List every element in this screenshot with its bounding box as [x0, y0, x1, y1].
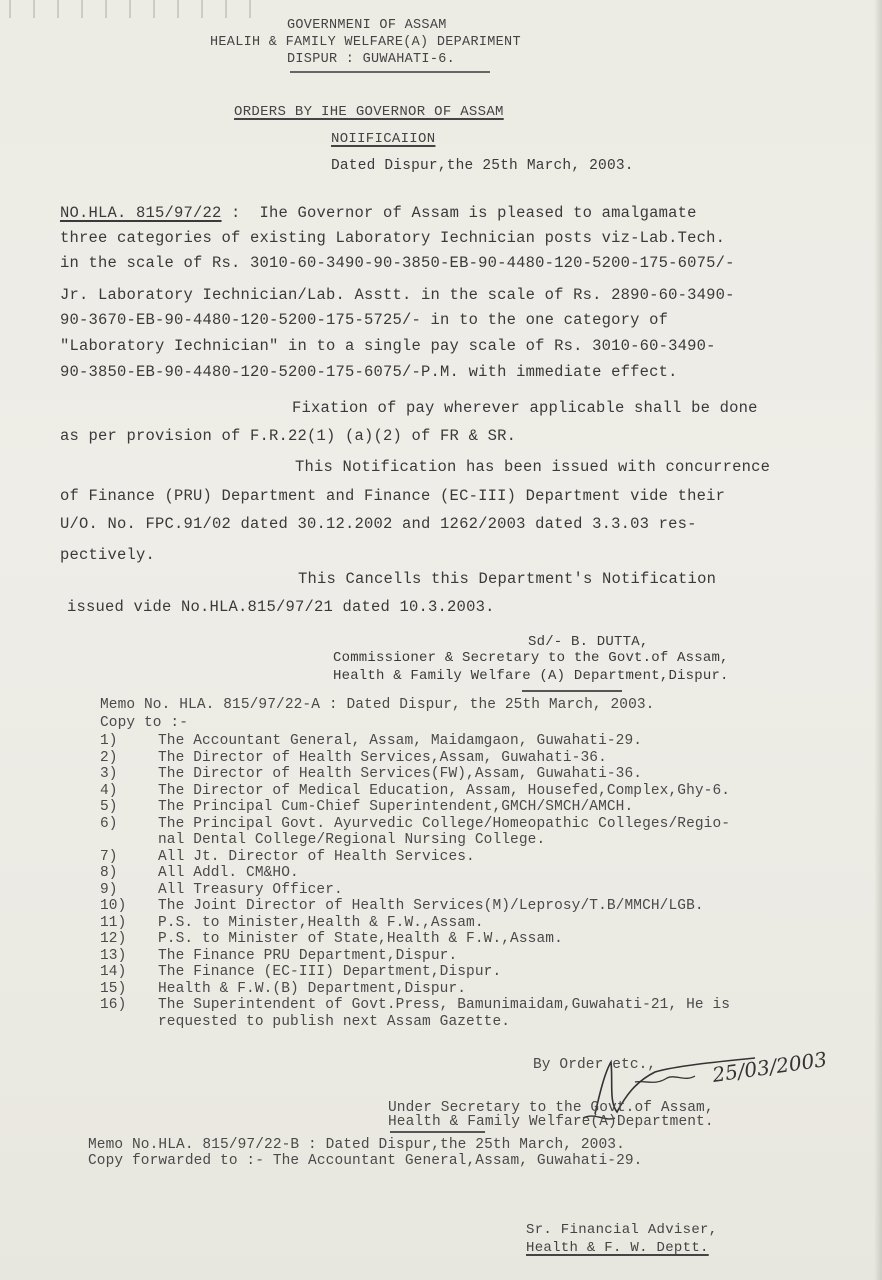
footer-signatory-line-1: Sr. Financial Adviser, [526, 1222, 717, 1238]
recipient-text: The Finance PRU Department,Dispur. [158, 948, 457, 964]
notification-first-line: NO.HLA. 815/97/22 : Ihe Governor of Assa… [60, 204, 697, 222]
header-line-3: DISPUR : GUWAHATI-6. [287, 52, 455, 67]
recipient-number: 1) [100, 733, 158, 750]
recipient-text: All Treasury Officer. [158, 882, 343, 898]
concurrence-para-line: of Finance (PRU) Department and Finance … [60, 487, 725, 505]
recipient-text: P.S. to Minister of State,Health & F.W.,… [158, 931, 563, 947]
recipient-text: The Director of Medical Education, Assam… [158, 783, 730, 799]
under-secretary-rule [390, 1131, 485, 1133]
recipient-item: 4)The Director of Medical Education, Ass… [100, 783, 730, 800]
recipient-item: 6)The Principal Govt. Ayurvedic College/… [100, 816, 730, 833]
recipient-item: 13)The Finance PRU Department,Dispur. [100, 948, 730, 965]
recipient-text: requested to publish next Assam Gazette. [158, 1014, 510, 1030]
recipient-item: 10)The Joint Director of Health Services… [100, 898, 730, 915]
recipient-text: All Jt. Director of Health Services. [158, 849, 475, 865]
memo-b-line-1: Memo No.HLA. 815/97/22-B : Dated Dispur,… [88, 1137, 625, 1153]
fixation-para-line: as per provision of F.R.22(1) (a)(2) of … [60, 427, 516, 445]
page-edge [874, 0, 882, 1280]
recipient-text: P.S. to Minister,Health & F.W.,Assam. [158, 915, 484, 931]
recipient-number: 3) [100, 766, 158, 783]
notification-line: in the scale of Rs. 3010-60-3490-90-3850… [60, 254, 735, 272]
copy-to-label: Copy to :- [100, 715, 188, 731]
notification-date: Dated Dispur,the 25th March, 2003. [331, 158, 634, 174]
notification-line: "Laboratory Iechnician" in to a single p… [60, 337, 716, 355]
memo-b-line-2: Copy forwarded to :- The Accountant Gene… [88, 1153, 643, 1169]
document-page: GOVERNMENI OF ASSAM HEALIH & FAMILY WELF… [0, 0, 882, 1280]
recipient-text: The Director of Health Services(FW),Assa… [158, 766, 642, 782]
recipient-item: 5)The Principal Cum-Chief Superintendent… [100, 799, 730, 816]
signatory-title-2: Health & Family Welfare (A) Department,D… [333, 668, 729, 684]
recipient-text: nal Dental College/Regional Nursing Coll… [158, 832, 545, 848]
recipient-item: 12)P.S. to Minister of State,Health & F.… [100, 931, 730, 948]
notification-title: NOIIFICAIION [331, 131, 435, 147]
recipient-number: 15) [100, 981, 158, 998]
recipient-number: 7) [100, 849, 158, 866]
recipient-text: The Principal Govt. Ayurvedic College/Ho… [158, 816, 730, 832]
recipient-number: 9) [100, 882, 158, 899]
scan-artifact [0, 0, 260, 18]
recipient-item: requested to publish next Assam Gazette. [100, 1014, 730, 1031]
recipient-text: The Joint Director of Health Services(M)… [158, 898, 704, 914]
recipient-text: The Director of Health Services,Assam, G… [158, 750, 607, 766]
concurrence-para-line: U/O. No. FPC.91/02 dated 30.12.2002 and … [60, 515, 697, 533]
recipient-item: 15)Health & F.W.(B) Department,Dispur. [100, 981, 730, 998]
orders-title: ORDERS BY IHE GOVERNOR OF ASSAM [234, 104, 504, 120]
recipient-number: 14) [100, 964, 158, 981]
concurrence-para-line: This Notification has been issued with c… [295, 458, 770, 476]
fixation-para-line: Fixation of pay wherever applicable shal… [292, 399, 758, 417]
recipient-item: 8)All Addl. CM&HO. [100, 865, 730, 882]
signatory-title-1: Commissioner & Secretary to the Govt.of … [333, 650, 729, 666]
signatory-rule [522, 690, 622, 692]
recipient-text: All Addl. CM&HO. [158, 865, 299, 881]
recipient-number: 2) [100, 750, 158, 767]
under-secretary-line-2: Health & Family Welfare(A)Department. [388, 1114, 714, 1130]
notification-line: 90-3850-EB-90-4480-120-5200-175-6075/-P.… [60, 363, 678, 381]
recipient-item: 1)The Accountant General, Assam, Maidamg… [100, 733, 730, 750]
recipient-number: 16) [100, 997, 158, 1014]
recipient-item: nal Dental College/Regional Nursing Coll… [100, 832, 730, 849]
header-line-2: HEALIH & FAMILY WELFARE(A) DEPARIMENT [210, 35, 521, 50]
notification-line: three categories of existing Laboratory … [60, 229, 725, 247]
recipient-item: 14)The Finance (EC-III) Department,Dispu… [100, 964, 730, 981]
recipient-text: Health & F.W.(B) Department,Dispur. [158, 981, 466, 997]
recipient-list: 1)The Accountant General, Assam, Maidamg… [100, 733, 730, 1030]
footer-signatory-line-2: Health & F. W. Deptt. [526, 1240, 709, 1256]
recipient-number: 6) [100, 816, 158, 833]
notification-line: 90-3670-EB-90-4480-120-5200-175-5725/- i… [60, 311, 668, 329]
recipient-text: The Superintendent of Govt.Press, Bamuni… [158, 997, 730, 1013]
recipient-number: 8) [100, 865, 158, 882]
cancellation-para-line: issued vide No.HLA.815/97/21 dated 10.3.… [67, 598, 495, 616]
recipient-item: 11)P.S. to Minister,Health & F.W.,Assam. [100, 915, 730, 932]
recipient-number: 13) [100, 948, 158, 965]
concurrence-para-line: pectively. [60, 546, 155, 564]
recipient-text: The Finance (EC-III) Department,Dispur. [158, 964, 501, 980]
recipient-text: The Accountant General, Assam, Maidamgao… [158, 733, 642, 749]
recipient-number: 10) [100, 898, 158, 915]
recipient-text: The Principal Cum-Chief Superintendent,G… [158, 799, 633, 815]
recipient-number: 5) [100, 799, 158, 816]
recipient-item: 7)All Jt. Director of Health Services. [100, 849, 730, 866]
notification-number: NO.HLA. 815/97/22 [60, 204, 222, 222]
recipient-number: 11) [100, 915, 158, 932]
memo-a-line: Memo No. HLA. 815/97/22-A : Dated Dispur… [100, 697, 655, 713]
recipient-number: 12) [100, 931, 158, 948]
header-rule [290, 71, 490, 73]
signed-by: Sd/- B. DUTTA, [528, 634, 648, 650]
cancellation-para-line: This Cancells this Department's Notifica… [298, 570, 716, 588]
recipient-number: 4) [100, 783, 158, 800]
recipient-item: 3)The Director of Health Services(FW),As… [100, 766, 730, 783]
recipient-item: 16)The Superintendent of Govt.Press, Bam… [100, 997, 730, 1014]
recipient-item: 9)All Treasury Officer. [100, 882, 730, 899]
header-line-1: GOVERNMENI OF ASSAM [287, 18, 447, 33]
recipient-item: 2)The Director of Health Services,Assam,… [100, 750, 730, 767]
notification-line: Jr. Laboratory Iechnician/Lab. Asstt. in… [60, 286, 735, 304]
